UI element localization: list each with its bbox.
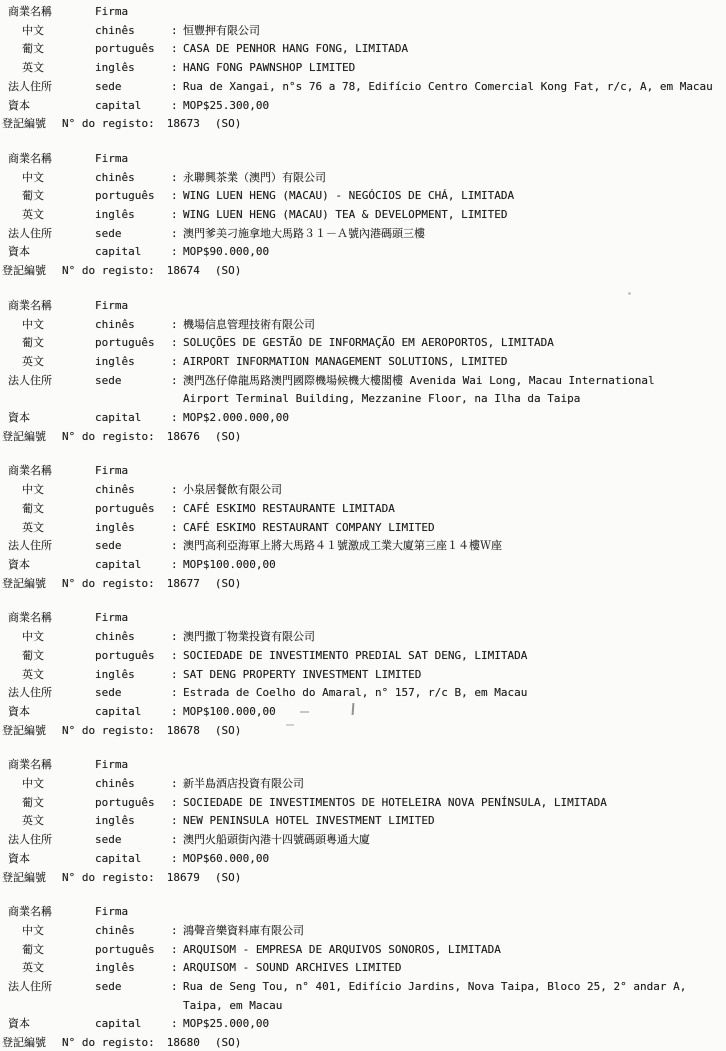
company-name-pt-value: SOCIEDADE DE INVESTIMENTO PREDIAL SAT DE… <box>183 649 527 662</box>
label-registry-zh: 登記編號 <box>2 262 62 281</box>
colon-separator: : <box>171 775 178 794</box>
label-business-name-zh: 商業名稱 <box>6 3 95 22</box>
colon-separator: : <box>171 225 178 244</box>
registered-address-row: 法人住所 sede :澳門高利亞海軍上將大馬路４１號激成工業大廈第三座１４樓Ｗ座 <box>0 537 726 556</box>
label-capital-zh: 資本 <box>6 850 95 869</box>
company-name-en: :SAT DENG PROPERTY INVESTMENT LIMITED <box>170 666 726 685</box>
registered-address: :Rua de Xangai, n°s 76 a 78, Edifício Ce… <box>170 78 726 97</box>
registry-entry: 商業名稱 Firma 中文 chinês :新半島酒店投資有限公司 葡文 por… <box>0 756 726 887</box>
label-english-pt: inglês <box>95 59 170 78</box>
colon-separator: : <box>171 243 178 262</box>
company-name-zh: :永聯興茶業（澳門）有限公司 <box>170 169 726 188</box>
colon-separator: : <box>171 481 178 500</box>
chinese-name-row: 中文 chinês :永聯興茶業（澳門）有限公司 <box>0 169 726 188</box>
registered-address: :Rua de Seng Tou, n° 401, Edifício Jardi… <box>170 978 726 1015</box>
registered-address: :澳門爹美刁施拿地大馬路３１－Ａ號內港碼頭三樓 <box>170 225 726 244</box>
label-english-zh: 英文 <box>6 206 95 225</box>
label-portuguese-pt: português <box>95 647 170 666</box>
label-english-zh: 英文 <box>6 959 95 978</box>
label-portuguese-zh: 葡文 <box>6 187 95 206</box>
label-registry-zh: 登記編號 <box>2 428 62 447</box>
label-portuguese-pt: português <box>95 334 170 353</box>
label-registry-zh: 登記編號 <box>2 722 62 741</box>
company-name-en-value: SAT DENG PROPERTY INVESTMENT LIMITED <box>183 668 421 681</box>
label-english-zh: 英文 <box>6 59 95 78</box>
scanned-registry-page: { "page": { "ink": "#1d1d1d", "paper": "… <box>0 0 726 1051</box>
capital-row: 資本 capital :MOP$100.000,00 <box>0 703 726 722</box>
colon-separator: : <box>171 922 178 941</box>
label-business-name-pt: Firma <box>95 462 170 481</box>
colon-separator: : <box>171 1015 178 1034</box>
business-name-header-row: 商業名稱 Firma <box>0 3 726 22</box>
portuguese-name-row: 葡文 português :SOLUÇÕES DE GESTÃO DE INFO… <box>0 334 726 353</box>
label-english-zh: 英文 <box>6 519 95 538</box>
registered-address-value: Estrada de Coelho do Amaral, n° 157, r/c… <box>183 686 527 699</box>
label-chinese-pt: chinês <box>95 316 170 335</box>
registry-number: 18674 <box>167 262 200 281</box>
registry-number: 18679 <box>167 869 200 888</box>
company-name-zh-value: 恒豐押有限公司 <box>183 24 260 37</box>
company-name-zh: :鴻聲音樂資料庫有限公司 <box>170 922 726 941</box>
registry-number-row: 登記編號 N° do registo: 18678 (SO) <box>0 722 726 741</box>
registry-number: 18673 <box>167 115 200 134</box>
label-english-pt: inglês <box>95 519 170 538</box>
company-name-zh-value: 鴻聲音樂資料庫有限公司 <box>183 924 304 937</box>
label-capital-zh: 資本 <box>6 556 95 575</box>
label-capital-pt: capital <box>95 97 170 116</box>
colon-separator: : <box>171 628 178 647</box>
label-address-pt: sede <box>95 225 170 244</box>
portuguese-name-row: 葡文 português :CASA DE PENHOR HANG FONG, … <box>0 40 726 59</box>
colon-separator: : <box>171 537 178 556</box>
capital-amount: :MOP$2.000.000,00 <box>170 409 726 428</box>
capital-amount-value: MOP$25.300,00 <box>183 99 269 112</box>
label-address-pt: sede <box>95 831 170 850</box>
registered-address-value: 澳門爹美刁施拿地大馬路３１－Ａ號內港碼頭三樓 <box>183 227 425 240</box>
registry-number-row: 登記編號 N° do registo: 18676 (SO) <box>0 428 726 447</box>
business-name-header-row: 商業名稱 Firma <box>0 297 726 316</box>
colon-separator: : <box>171 850 178 869</box>
label-address-zh: 法人住所 <box>6 978 95 997</box>
company-name-pt: :SOCIEDADE DE INVESTIMENTOS DE HOTELEIRA… <box>170 794 726 813</box>
capital-row: 資本 capital :MOP$60.000,00 <box>0 850 726 869</box>
label-english-pt: inglês <box>95 812 170 831</box>
business-name-header-row: 商業名稱 Firma <box>0 756 726 775</box>
label-business-name-pt: Firma <box>95 609 170 628</box>
label-business-name-pt: Firma <box>95 150 170 169</box>
capital-amount-value: MOP$60.000,00 <box>183 852 269 865</box>
colon-separator: : <box>171 169 178 188</box>
label-capital-zh: 資本 <box>6 97 95 116</box>
colon-separator: : <box>171 684 178 703</box>
registry-suffix: (SO) <box>215 115 242 134</box>
registered-address-row: 法人住所 sede :Rua de Xangai, n°s 76 a 78, E… <box>0 78 726 97</box>
capital-amount: :MOP$25.300,00 <box>170 97 726 116</box>
company-name-pt-value: SOCIEDADE DE INVESTIMENTOS DE HOTELEIRA … <box>183 796 607 809</box>
colon-separator: : <box>171 978 178 997</box>
label-english-pt: inglês <box>95 353 170 372</box>
capital-amount-value: MOP$2.000.000,00 <box>183 411 289 424</box>
chinese-name-row: 中文 chinês :機場信息管理技術有限公司 <box>0 316 726 335</box>
business-name-header-row: 商業名稱 Firma <box>0 609 726 628</box>
scan-artifact <box>286 724 294 726</box>
portuguese-name-row: 葡文 português :SOCIEDADE DE INVESTIMENTOS… <box>0 794 726 813</box>
colon-separator: : <box>171 500 178 519</box>
label-capital-zh: 資本 <box>6 409 95 428</box>
registry-entry: 商業名稱 Firma 中文 chinês :永聯興茶業（澳門）有限公司 葡文 p… <box>0 150 726 281</box>
colon-separator: : <box>171 556 178 575</box>
label-capital-pt: capital <box>95 556 170 575</box>
label-chinese-zh: 中文 <box>6 169 95 188</box>
colon-separator: : <box>171 703 178 722</box>
company-name-en: :NEW PENINSULA HOTEL INVESTMENT LIMITED <box>170 812 726 831</box>
capital-amount: :MOP$90.000,00 <box>170 243 726 262</box>
capital-row: 資本 capital :MOP$100.000,00 <box>0 556 726 575</box>
label-address-zh: 法人住所 <box>6 831 95 850</box>
colon-separator: : <box>171 666 178 685</box>
label-portuguese-zh: 葡文 <box>6 647 95 666</box>
colon-separator: : <box>171 316 178 335</box>
label-chinese-zh: 中文 <box>6 22 95 41</box>
registry-entry: 商業名稱 Firma 中文 chinês :恒豐押有限公司 葡文 portugu… <box>0 3 726 134</box>
label-chinese-pt: chinês <box>95 775 170 794</box>
colon-separator: : <box>171 187 178 206</box>
company-name-zh-value: 永聯興茶業（澳門）有限公司 <box>183 171 326 184</box>
capital-amount: :MOP$100.000,00 <box>170 703 726 722</box>
label-portuguese-zh: 葡文 <box>6 941 95 960</box>
registered-address: :澳門高利亞海軍上將大馬路４１號激成工業大廈第三座１４樓Ｗ座 <box>170 537 726 556</box>
company-name-en: :WING LUEN HENG (MACAU) TEA & DEVELOPMEN… <box>170 206 726 225</box>
label-capital-pt: capital <box>95 1015 170 1034</box>
label-business-name-pt: Firma <box>95 903 170 922</box>
label-business-name-zh: 商業名稱 <box>6 150 95 169</box>
company-name-zh: :恒豐押有限公司 <box>170 22 726 41</box>
company-name-zh-value: 澳門撒丁物業投資有限公司 <box>183 630 315 643</box>
scan-artifact <box>300 711 309 713</box>
registered-address-value: Rua de Seng Tou, n° 401, Edifício Jardin… <box>183 980 686 1012</box>
capital-amount-value: MOP$100.000,00 <box>183 705 276 718</box>
scan-artifact <box>628 292 631 295</box>
capital-amount: :MOP$25.000,00 <box>170 1015 726 1034</box>
business-name-header-row: 商業名稱 Firma <box>0 150 726 169</box>
registered-address-row: 法人住所 sede :澳門氹仔偉龍馬路澳門國際機場候機大樓閣樓 Avenida … <box>0 372 726 409</box>
label-address-pt: sede <box>95 78 170 97</box>
label-chinese-zh: 中文 <box>6 775 95 794</box>
company-name-pt: :SOCIEDADE DE INVESTIMENTO PREDIAL SAT D… <box>170 647 726 666</box>
chinese-name-row: 中文 chinês :澳門撒丁物業投資有限公司 <box>0 628 726 647</box>
colon-separator: : <box>171 812 178 831</box>
registry-number-row: 登記編號 N° do registo: 18677 (SO) <box>0 575 726 594</box>
label-chinese-pt: chinês <box>95 481 170 500</box>
capital-amount-value: MOP$90.000,00 <box>183 245 269 258</box>
registry-suffix: (SO) <box>215 1034 242 1051</box>
company-name-en: :HANG FONG PAWNSHOP LIMITED <box>170 59 726 78</box>
company-name-pt: :ARQUISOM - EMPRESA DE ARQUIVOS SONOROS,… <box>170 941 726 960</box>
label-chinese-pt: chinês <box>95 922 170 941</box>
company-name-en-value: ARQUISOM - SOUND ARCHIVES LIMITED <box>183 961 402 974</box>
label-capital-zh: 資本 <box>6 243 95 262</box>
label-business-name-pt: Firma <box>95 297 170 316</box>
english-name-row: 英文 inglês :NEW PENINSULA HOTEL INVESTMEN… <box>0 812 726 831</box>
label-registry-pt: N° do registo: <box>62 428 155 447</box>
colon-separator: : <box>171 353 178 372</box>
label-registry-pt: N° do registo: <box>62 575 155 594</box>
capital-amount-value: MOP$100.000,00 <box>183 558 276 571</box>
capital-row: 資本 capital :MOP$2.000.000,00 <box>0 409 726 428</box>
label-registry-zh: 登記編號 <box>2 1034 62 1051</box>
company-name-en-value: NEW PENINSULA HOTEL INVESTMENT LIMITED <box>183 814 435 827</box>
registry-number-row: 登記編號 N° do registo: 18674 (SO) <box>0 262 726 281</box>
company-name-zh: :澳門撒丁物業投資有限公司 <box>170 628 726 647</box>
label-business-name-pt: Firma <box>95 3 170 22</box>
registered-address-row: 法人住所 sede :澳門爹美刁施拿地大馬路３１－Ａ號內港碼頭三樓 <box>0 225 726 244</box>
chinese-name-row: 中文 chinês :小泉居餐飲有限公司 <box>0 481 726 500</box>
registry-entry: 商業名稱 Firma 中文 chinês :小泉居餐飲有限公司 葡文 portu… <box>0 462 726 593</box>
label-address-zh: 法人住所 <box>6 537 95 556</box>
english-name-row: 英文 inglês :AIRPORT INFORMATION MANAGEMEN… <box>0 353 726 372</box>
company-name-zh: :機場信息管理技術有限公司 <box>170 316 726 335</box>
label-capital-zh: 資本 <box>6 703 95 722</box>
registry-entry: 商業名稱 Firma 中文 chinês :鴻聲音樂資料庫有限公司 葡文 por… <box>0 903 726 1051</box>
portuguese-name-row: 葡文 português :CAFÉ ESKIMO RESTAURANTE LI… <box>0 500 726 519</box>
company-name-pt: :CAFÉ ESKIMO RESTAURANTE LIMITADA <box>170 500 726 519</box>
registered-address: :Estrada de Coelho do Amaral, n° 157, r/… <box>170 684 726 703</box>
colon-separator: : <box>171 22 178 41</box>
chinese-name-row: 中文 chinês :鴻聲音樂資料庫有限公司 <box>0 922 726 941</box>
colon-separator: : <box>171 59 178 78</box>
label-portuguese-pt: português <box>95 40 170 59</box>
company-name-en: :ARQUISOM - SOUND ARCHIVES LIMITED <box>170 959 726 978</box>
registry-number-row: 登記編號 N° do registo: 18673 (SO) <box>0 115 726 134</box>
label-chinese-pt: chinês <box>95 22 170 41</box>
company-name-pt-value: CAFÉ ESKIMO RESTAURANTE LIMITADA <box>183 502 395 515</box>
label-business-name-zh: 商業名稱 <box>6 462 95 481</box>
colon-separator: : <box>171 372 178 391</box>
registry-number: 18677 <box>167 575 200 594</box>
colon-separator: : <box>171 334 178 353</box>
label-chinese-zh: 中文 <box>6 628 95 647</box>
label-business-name-zh: 商業名稱 <box>6 756 95 775</box>
label-chinese-zh: 中文 <box>6 922 95 941</box>
registered-address-row: 法人住所 sede :澳門火船頭街內港十四號碼頭粵通大廈 <box>0 831 726 850</box>
registered-address: :澳門火船頭街內港十四號碼頭粵通大廈 <box>170 831 726 850</box>
company-name-zh-value: 機場信息管理技術有限公司 <box>183 318 315 331</box>
capital-amount: :MOP$100.000,00 <box>170 556 726 575</box>
registry-suffix: (SO) <box>215 869 242 888</box>
registry-number-row: 登記編號 N° do registo: 18679 (SO) <box>0 869 726 888</box>
company-name-pt-value: SOLUÇÕES DE GESTÃO DE INFORMAÇÃO EM AERO… <box>183 336 554 349</box>
label-address-zh: 法人住所 <box>6 684 95 703</box>
capital-amount: :MOP$60.000,00 <box>170 850 726 869</box>
label-portuguese-pt: português <box>95 187 170 206</box>
registered-address: :澳門氹仔偉龍馬路澳門國際機場候機大樓閣樓 Avenida Wai Long, … <box>170 372 726 409</box>
colon-separator: : <box>171 941 178 960</box>
label-address-pt: sede <box>95 372 170 391</box>
english-name-row: 英文 inglês :WING LUEN HENG (MACAU) TEA & … <box>0 206 726 225</box>
company-name-en-value: CAFÉ ESKIMO RESTAURANT COMPANY LIMITED <box>183 521 435 534</box>
business-name-header-row: 商業名稱 Firma <box>0 903 726 922</box>
company-name-en-value: WING LUEN HENG (MACAU) TEA & DEVELOPMENT… <box>183 208 508 221</box>
colon-separator: : <box>171 831 178 850</box>
registry-number: 18676 <box>167 428 200 447</box>
registry-suffix: (SO) <box>215 428 242 447</box>
label-address-zh: 法人住所 <box>6 78 95 97</box>
registered-address-value: Rua de Xangai, n°s 76 a 78, Edifício Cen… <box>183 80 713 93</box>
label-registry-zh: 登記編號 <box>2 575 62 594</box>
capital-row: 資本 capital :MOP$25.300,00 <box>0 97 726 116</box>
label-registry-zh: 登記編號 <box>2 115 62 134</box>
registered-address-value: 澳門火船頭街內港十四號碼頭粵通大廈 <box>183 833 370 846</box>
label-english-pt: inglês <box>95 959 170 978</box>
company-name-pt: :CASA DE PENHOR HANG FONG, LIMITADA <box>170 40 726 59</box>
company-name-pt-value: CASA DE PENHOR HANG FONG, LIMITADA <box>183 42 408 55</box>
registry-entries-list: 商業名稱 Firma 中文 chinês :恒豐押有限公司 葡文 portugu… <box>0 3 726 1051</box>
registered-address-row: 法人住所 sede :Estrada de Coelho do Amaral, … <box>0 684 726 703</box>
registry-number-row: 登記編號 N° do registo: 18680 (SO) <box>0 1034 726 1051</box>
label-english-zh: 英文 <box>6 812 95 831</box>
colon-separator: : <box>171 647 178 666</box>
portuguese-name-row: 葡文 português :WING LUEN HENG (MACAU) - N… <box>0 187 726 206</box>
label-business-name-pt: Firma <box>95 756 170 775</box>
registry-entry: 商業名稱 Firma 中文 chinês :澳門撒丁物業投資有限公司 葡文 po… <box>0 609 726 740</box>
colon-separator: : <box>171 40 178 59</box>
label-business-name-zh: 商業名稱 <box>6 903 95 922</box>
label-capital-pt: capital <box>95 703 170 722</box>
company-name-zh: :小泉居餐飲有限公司 <box>170 481 726 500</box>
label-capital-pt: capital <box>95 243 170 262</box>
label-address-zh: 法人住所 <box>6 372 95 391</box>
colon-separator: : <box>171 78 178 97</box>
colon-separator: : <box>171 409 178 428</box>
label-capital-pt: capital <box>95 409 170 428</box>
label-address-zh: 法人住所 <box>6 225 95 244</box>
english-name-row: 英文 inglês :ARQUISOM - SOUND ARCHIVES LIM… <box>0 959 726 978</box>
english-name-row: 英文 inglês :CAFÉ ESKIMO RESTAURANT COMPAN… <box>0 519 726 538</box>
registered-address-value: 澳門氹仔偉龍馬路澳門國際機場候機大樓閣樓 Avenida Wai Long, M… <box>183 374 655 406</box>
label-portuguese-pt: português <box>95 794 170 813</box>
label-chinese-pt: chinês <box>95 169 170 188</box>
company-name-zh-value: 小泉居餐飲有限公司 <box>183 483 282 496</box>
label-registry-pt: N° do registo: <box>62 1034 155 1051</box>
label-portuguese-zh: 葡文 <box>6 334 95 353</box>
company-name-en-value: AIRPORT INFORMATION MANAGEMENT SOLUTIONS… <box>183 355 508 368</box>
label-chinese-zh: 中文 <box>6 481 95 500</box>
chinese-name-row: 中文 chinês :恒豐押有限公司 <box>0 22 726 41</box>
company-name-pt-value: WING LUEN HENG (MACAU) - NEGÓCIOS DE CHÁ… <box>183 189 514 202</box>
label-registry-pt: N° do registo: <box>62 722 155 741</box>
registry-entry: 商業名稱 Firma 中文 chinês :機場信息管理技術有限公司 葡文 po… <box>0 297 726 447</box>
label-portuguese-pt: português <box>95 500 170 519</box>
registry-suffix: (SO) <box>215 722 242 741</box>
label-english-pt: inglês <box>95 206 170 225</box>
label-registry-zh: 登記編號 <box>2 869 62 888</box>
colon-separator: : <box>171 206 178 225</box>
label-capital-zh: 資本 <box>6 1015 95 1034</box>
portuguese-name-row: 葡文 português :SOCIEDADE DE INVESTIMENTO … <box>0 647 726 666</box>
colon-separator: : <box>171 959 178 978</box>
capital-amount-value: MOP$25.000,00 <box>183 1017 269 1030</box>
capital-row: 資本 capital :MOP$90.000,00 <box>0 243 726 262</box>
label-business-name-zh: 商業名稱 <box>6 609 95 628</box>
company-name-pt: :WING LUEN HENG (MACAU) - NEGÓCIOS DE CH… <box>170 187 726 206</box>
english-name-row: 英文 inglês :SAT DENG PROPERTY INVESTMENT … <box>0 666 726 685</box>
label-chinese-pt: chinês <box>95 628 170 647</box>
company-name-pt: :SOLUÇÕES DE GESTÃO DE INFORMAÇÃO EM AER… <box>170 334 726 353</box>
colon-separator: : <box>171 794 178 813</box>
colon-separator: : <box>171 519 178 538</box>
label-portuguese-zh: 葡文 <box>6 500 95 519</box>
label-english-pt: inglês <box>95 666 170 685</box>
registered-address-row: 法人住所 sede :Rua de Seng Tou, n° 401, Edif… <box>0 978 726 1015</box>
label-business-name-zh: 商業名稱 <box>6 297 95 316</box>
registry-suffix: (SO) <box>215 575 242 594</box>
registry-number: 18680 <box>167 1034 200 1051</box>
registered-address-value: 澳門高利亞海軍上將大馬路４１號激成工業大廈第三座１４樓Ｗ座 <box>183 539 502 552</box>
business-name-header-row: 商業名稱 Firma <box>0 462 726 481</box>
company-name-en: :AIRPORT INFORMATION MANAGEMENT SOLUTION… <box>170 353 726 372</box>
label-registry-pt: N° do registo: <box>62 262 155 281</box>
company-name-pt-value: ARQUISOM - EMPRESA DE ARQUIVOS SONOROS, … <box>183 943 501 956</box>
registry-suffix: (SO) <box>215 262 242 281</box>
label-portuguese-zh: 葡文 <box>6 794 95 813</box>
company-name-en-value: HANG FONG PAWNSHOP LIMITED <box>183 61 355 74</box>
label-address-pt: sede <box>95 684 170 703</box>
registry-number: 18678 <box>167 722 200 741</box>
label-portuguese-pt: português <box>95 941 170 960</box>
label-registry-pt: N° do registo: <box>62 115 155 134</box>
label-capital-pt: capital <box>95 850 170 869</box>
chinese-name-row: 中文 chinês :新半島酒店投資有限公司 <box>0 775 726 794</box>
capital-row: 資本 capital :MOP$25.000,00 <box>0 1015 726 1034</box>
colon-separator: : <box>171 97 178 116</box>
company-name-zh-value: 新半島酒店投資有限公司 <box>183 777 304 790</box>
label-english-zh: 英文 <box>6 666 95 685</box>
label-english-zh: 英文 <box>6 353 95 372</box>
company-name-en: :CAFÉ ESKIMO RESTAURANT COMPANY LIMITED <box>170 519 726 538</box>
label-chinese-zh: 中文 <box>6 316 95 335</box>
label-registry-pt: N° do registo: <box>62 869 155 888</box>
label-portuguese-zh: 葡文 <box>6 40 95 59</box>
company-name-zh: :新半島酒店投資有限公司 <box>170 775 726 794</box>
label-address-pt: sede <box>95 978 170 997</box>
label-address-pt: sede <box>95 537 170 556</box>
portuguese-name-row: 葡文 português :ARQUISOM - EMPRESA DE ARQU… <box>0 941 726 960</box>
english-name-row: 英文 inglês :HANG FONG PAWNSHOP LIMITED <box>0 59 726 78</box>
